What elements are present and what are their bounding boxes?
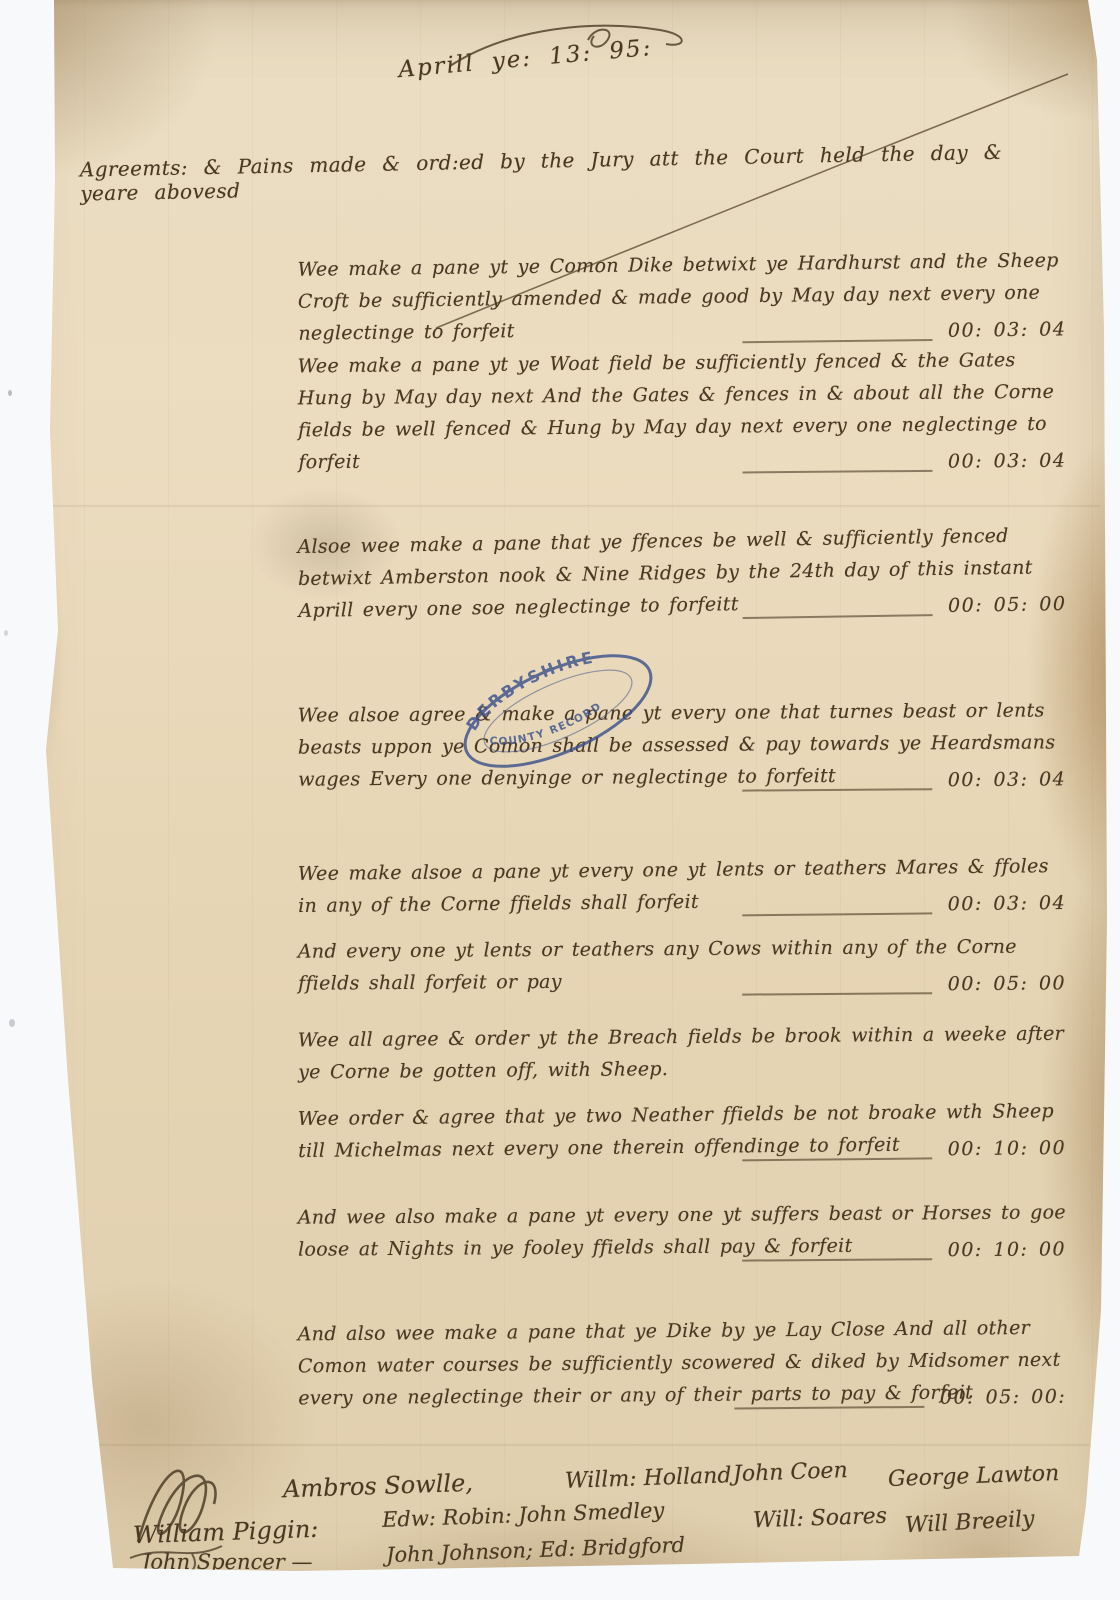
stamp-text-top: DERBYSHIRE <box>453 641 607 738</box>
scanned-document: Aprill ye: 13: 95: Agreemts: & Pains mad… <box>0 0 1120 1600</box>
ink-dash-rule <box>742 1258 932 1261</box>
pain-entry: And also wee make a pane that ye Dike by… <box>298 1313 1067 1420</box>
forfeit-amount: 00: 03: 04 <box>948 764 1067 797</box>
signature-name: John Spencer — <box>142 1550 312 1574</box>
ink-dash-rule <box>742 788 932 791</box>
forfeit-amount: 00: 05: 00 <box>948 968 1067 1001</box>
ink-dash-rule <box>742 912 932 916</box>
pain-entry: Wee make a pane yt ye Woat field be suff… <box>297 345 1066 484</box>
signature-name: Will Breeily <box>904 1507 1035 1539</box>
ink-dash-rule <box>742 1157 932 1161</box>
pain-entry: Alsoe wee make a pane that ye ffences be… <box>297 520 1066 633</box>
pain-entry: Wee make a pane yt ye Comon Dike betwixt… <box>297 245 1066 355</box>
pain-entry: And wee also make a pane yt every one yt… <box>298 1197 1066 1271</box>
signature-name: John Coen <box>733 1458 848 1487</box>
forfeit-amount: 00: 03: 04 <box>948 888 1067 921</box>
signature-name: Willm: Holland <box>565 1463 732 1494</box>
ink-dash-rule <box>742 614 932 619</box>
entry-text: Wee all agree & order yt the Breach fiel… <box>298 1023 1064 1084</box>
signature-name: Edw: Robin: John Smedley <box>382 1498 665 1532</box>
forfeit-amount: 00: 03: 04 <box>948 314 1067 347</box>
pain-entry: Wee alsoe agree & make a pane yt every o… <box>298 695 1067 801</box>
amount-row: 00: 03: 04 <box>298 445 1066 484</box>
pain-entry: Wee make alsoe a pane yt every one yt le… <box>298 851 1067 928</box>
signature-name: Ambros Sowlle, <box>283 1469 474 1504</box>
ink-dash-rule <box>742 992 932 995</box>
signature-name: George Lawton <box>888 1461 1060 1492</box>
signature-name: Will: Soares <box>753 1504 888 1534</box>
signature-name: John Johnson; Ed: Bridgford <box>386 1533 686 1567</box>
svg-text:DERBYSHIRE: DERBYSHIRE <box>453 641 607 738</box>
forfeit-amount: 00: 10: 00 <box>948 1133 1067 1166</box>
forfeit-amount: 00: 05: 00 <box>948 589 1067 623</box>
forfeit-amount: 00: 10: 00 <box>948 1234 1067 1267</box>
ink-dash-rule <box>734 1406 924 1410</box>
pain-entry: Wee order & agree that ye two Neather ff… <box>298 1096 1067 1173</box>
scanner-speck <box>8 390 12 396</box>
ink-dash-rule <box>742 339 932 343</box>
forfeit-amount: 00: 03: 04 <box>948 445 1067 478</box>
pain-entry: And every one yt lents or teathers any C… <box>298 931 1066 1005</box>
forfeit-amount: 00: 05: 00: <box>940 1381 1067 1414</box>
manuscript-page: Aprill ye: 13: 95: Agreemts: & Pains mad… <box>0 0 1120 1600</box>
ink-dash-rule <box>742 469 932 473</box>
fold-crease <box>40 505 1100 508</box>
pain-entry: Wee all agree & order yt the Breach fiel… <box>298 1019 1067 1090</box>
